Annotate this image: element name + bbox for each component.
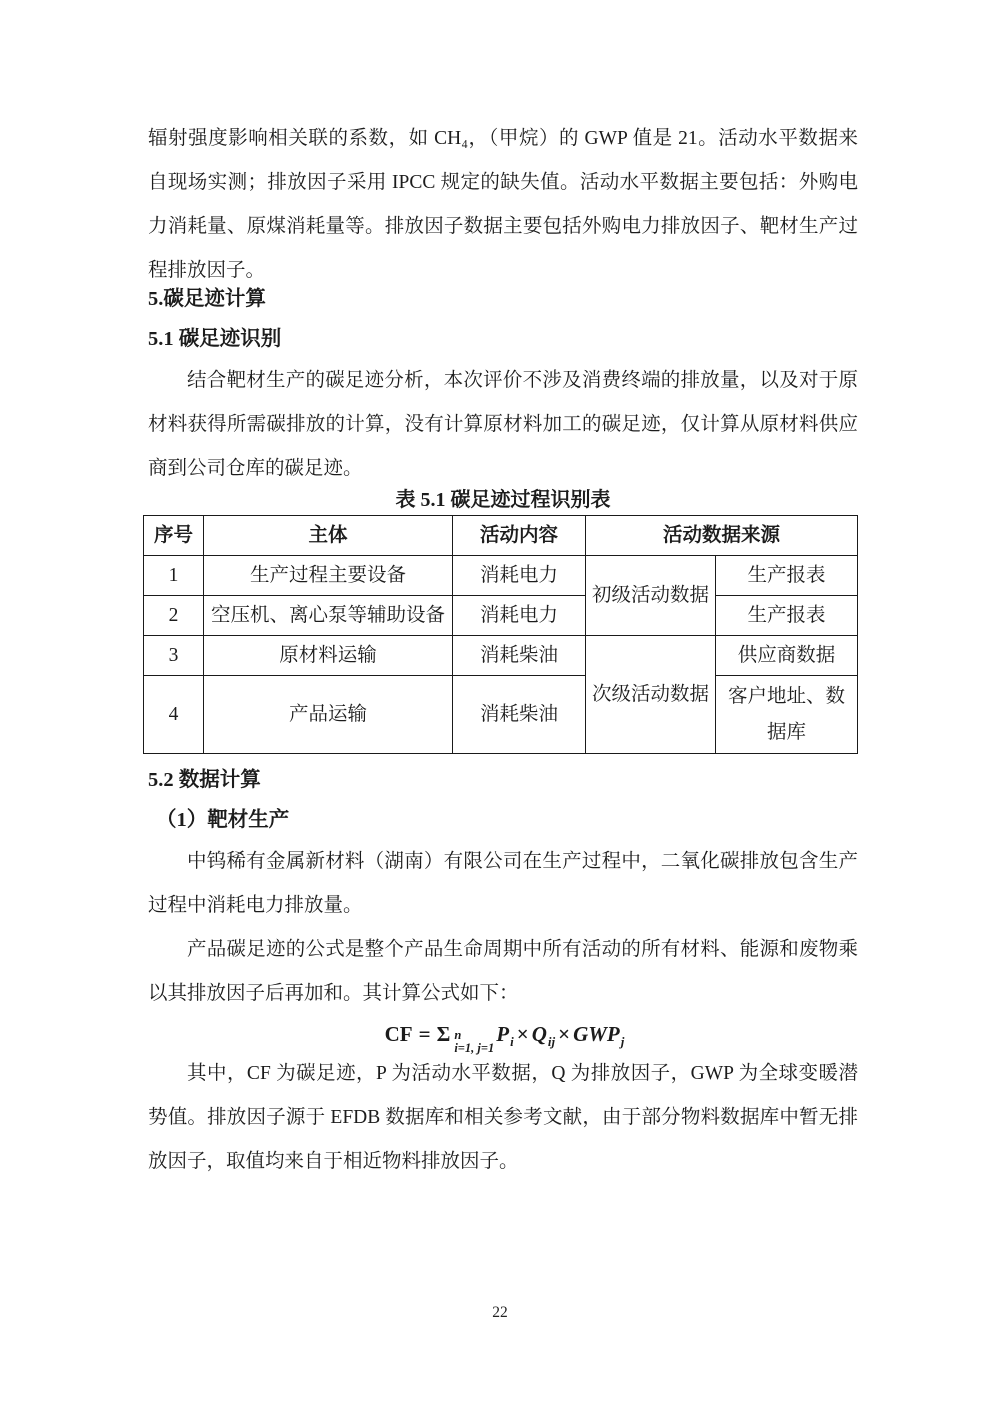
section-heading-5-1: 5.1 碳足迹识别 [148,319,858,359]
formula-equals: = [419,1022,431,1046]
header-subject: 主体 [204,516,453,556]
cell-index: 1 [144,556,204,596]
cell-activity: 消耗柴油 [453,636,586,676]
formula-cf: CF [385,1022,413,1046]
cell-index: 2 [144,596,204,636]
cell-subject: 生产过程主要设备 [204,556,453,596]
page-number: 22 [0,1304,1000,1322]
document-page: 辐射强度影响相关联的系数，如 CH₄，（甲烷）的 GWP 值是 21。活动水平数… [0,0,1000,1414]
section-heading-5: 5.碳足迹计算 [148,279,858,319]
cell-source-detail: 生产报表 [716,596,858,636]
cell-activity: 消耗电力 [453,596,586,636]
cell-index: 3 [144,636,204,676]
paragraph-5-1: 结合靶材生产的碳足迹分析，本次评价不涉及消费终端的排放量，以及对于原材料获得所需… [148,359,858,491]
cell-subject: 原材料运输 [204,636,453,676]
table-header-row: 序号 主体 活动内容 活动数据来源 [144,516,858,556]
cell-subject: 产品运输 [204,676,453,754]
formula-q-subscript: ij [548,1034,555,1049]
table-row: 2 空压机、离心泵等辅助设备 消耗电力 生产报表 [144,596,858,636]
table-row: 4 产品运输 消耗柴油 客户地址、数据库 [144,676,858,754]
item-heading-target-production: （1）靶材生产 [148,800,858,840]
paragraph-target-production-3: 其中，CF 为碳足迹，P 为活动水平数据，Q 为排放因子，GWP 为全球变暖潜势… [148,1052,858,1184]
cell-source-detail: 客户地址、数据库 [716,676,858,754]
formula-p-subscript: i [510,1034,514,1049]
paragraph-target-production-1: 中钨稀有金属新材料（湖南）有限公司在生产过程中，二氧化碳排放包含生产过程中消耗电… [148,840,858,928]
cell-source-group-secondary: 次级活动数据 [586,636,716,754]
cell-source-detail: 生产报表 [716,556,858,596]
formula-p: P [496,1022,509,1046]
cell-index: 4 [144,676,204,754]
table-row: 3 原材料运输 消耗柴油 次级活动数据 供应商数据 [144,636,858,676]
formula-times-1: × [517,1022,529,1046]
intro-paragraph: 辐射强度影响相关联的系数，如 CH₄，（甲烷）的 GWP 值是 21。活动水平数… [148,117,858,293]
cell-subject: 空压机、离心泵等辅助设备 [204,596,453,636]
formula-gwp-subscript: j [621,1034,625,1049]
header-activity: 活动内容 [453,516,586,556]
header-index: 序号 [144,516,204,556]
section-heading-5-2: 5.2 数据计算 [148,760,858,800]
table-row: 1 生产过程主要设备 消耗电力 初级活动数据 生产报表 [144,556,858,596]
cell-source-group-primary: 初级活动数据 [586,556,716,636]
cell-source-detail: 供应商数据 [716,636,858,676]
formula-times-2: × [558,1022,570,1046]
formula-gwp: GWP [573,1022,620,1046]
carbon-footprint-formula: CF=Σni=1, j=1Pi×Qij×GWPj [148,1016,858,1052]
cell-activity: 消耗电力 [453,556,586,596]
cell-activity: 消耗柴油 [453,676,586,754]
header-data-source: 活动数据来源 [586,516,858,556]
formula-sigma: Σ [437,1022,451,1046]
page-content: 辐射强度影响相关联的系数，如 CH₄，（甲烷）的 GWP 值是 21。活动水平数… [148,0,858,1184]
formula-q: Q [532,1022,547,1046]
paragraph-target-production-2: 产品碳足迹的公式是整个产品生命周期中所有活动的所有材料、能源和废物乘以其排放因子… [148,928,858,1016]
process-identification-table: 序号 主体 活动内容 活动数据来源 1 生产过程主要设备 消耗电力 初级活动数据… [143,515,858,754]
